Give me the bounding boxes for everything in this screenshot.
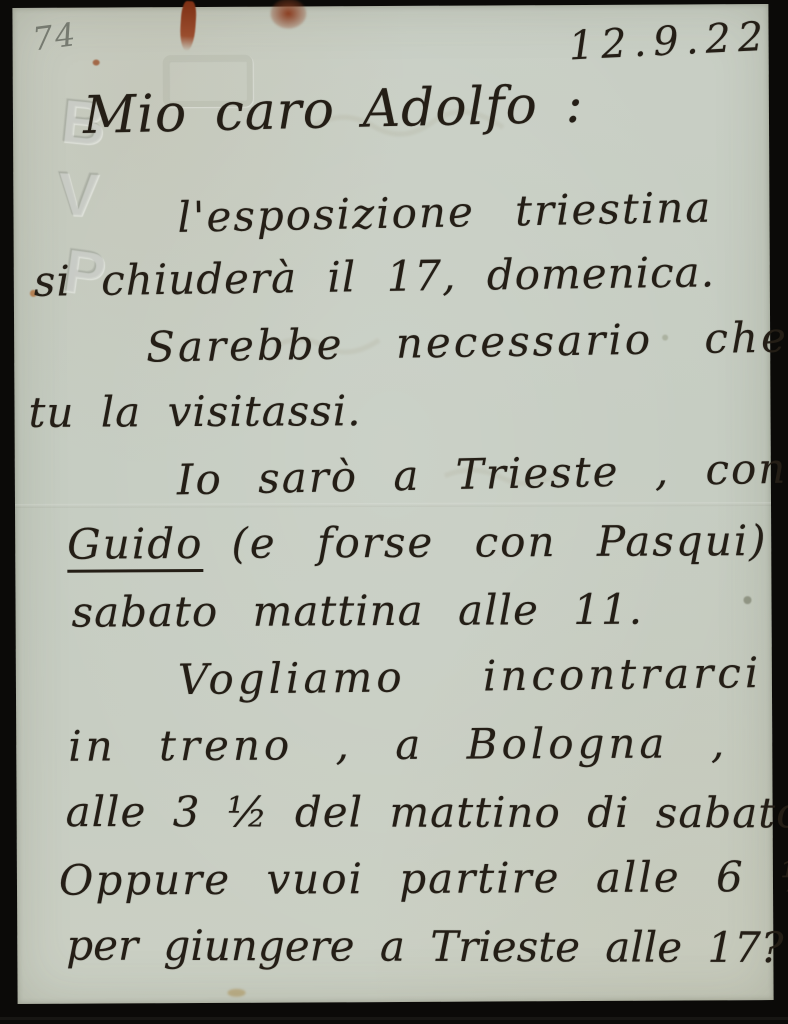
manuscript-line: Vogliamo incontrarci xyxy=(178,648,763,704)
manuscript-line: Guido(e forse con Pasqui) xyxy=(67,516,768,569)
foxing-spot xyxy=(228,989,246,997)
manuscript-line: in treno , a Bologna , xyxy=(68,718,728,770)
scanned-letter-photo: B V P 74 12.9.22 Mio caro Adolfo : l'e xyxy=(0,0,788,1024)
folio-number: 74 xyxy=(30,15,79,58)
letter-date: 12.9.22 xyxy=(568,14,772,70)
scan-edge-line xyxy=(0,1017,788,1020)
line-text: (e forse con Pasqui) xyxy=(231,516,767,568)
manuscript-line: sabato mattina alle 11. xyxy=(71,585,643,637)
letter-salutation: Mio caro Adolfo : xyxy=(82,75,584,146)
manuscript-line: alle 3 ½ del mattino di sabato? xyxy=(66,787,788,837)
manuscript-line: tu la visitassi. xyxy=(28,386,361,437)
manuscript-line: si chiuderà il 17, domenica. xyxy=(34,247,716,306)
foxing-spot xyxy=(93,60,100,66)
manuscript-line: l'esposizione triestina xyxy=(177,183,713,242)
underlined-word: Guido xyxy=(67,519,203,573)
manuscript-line: Sarebbe necessario che xyxy=(146,313,788,372)
manuscript-line: Oppure vuoi partire alle 6 ½ xyxy=(59,852,788,905)
manuscript-line: per giungere a Trieste alle 17? xyxy=(66,921,783,973)
letter-paper: B V P 74 12.9.22 Mio caro Adolfo : l'e xyxy=(12,4,773,1004)
foxing-spot xyxy=(743,596,751,604)
